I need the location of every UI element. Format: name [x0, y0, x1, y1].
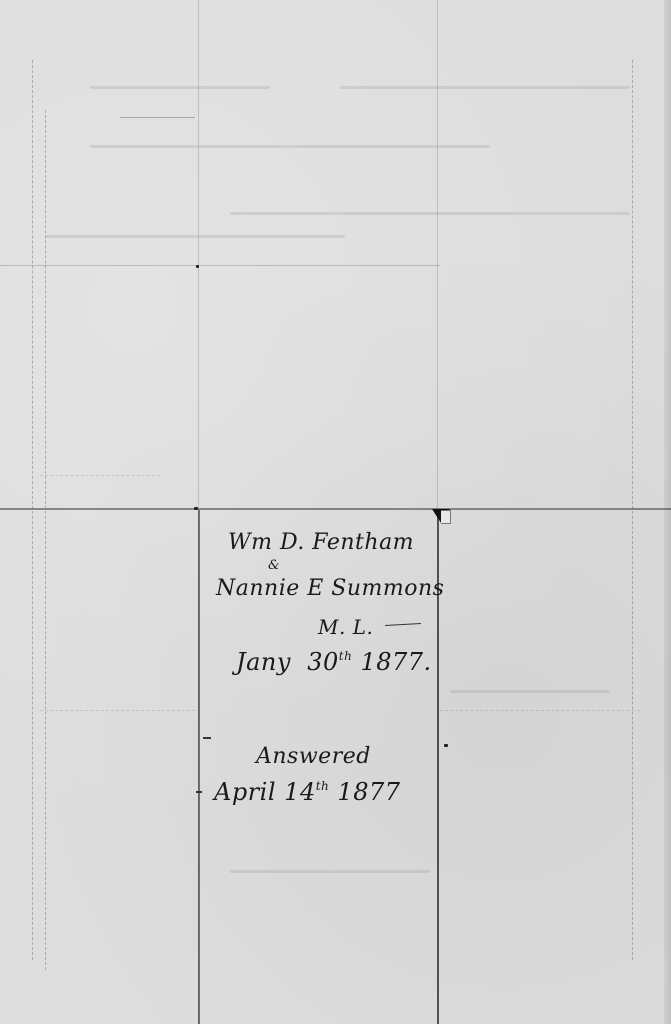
- flourish-dash: [385, 623, 421, 626]
- docket-connector: &: [268, 558, 280, 573]
- docket-answered-date: April 14th 1877: [214, 778, 401, 806]
- issue-day: 30: [307, 648, 339, 676]
- ruled-line: [40, 475, 160, 476]
- ruled-margin-line: [632, 60, 633, 960]
- answered-day-suffix: th: [316, 779, 330, 793]
- issue-year: 1877.: [360, 648, 431, 676]
- docket-groom-name: Wm D. Fentham: [228, 530, 414, 555]
- bleed-through-text: [90, 145, 490, 148]
- ruled-line: [40, 710, 195, 711]
- ruled-line: [120, 117, 195, 118]
- docket-bride-name: Nannie E Summons: [216, 576, 444, 601]
- docket-marriage-license-abbrev: M. L.: [318, 615, 373, 639]
- page-edge: [664, 0, 671, 1024]
- ink-speck: [194, 507, 198, 510]
- ink-tick: [203, 737, 211, 739]
- ruled-line: [440, 710, 640, 711]
- answered-year: 1877: [337, 778, 400, 806]
- fold-tab: [441, 510, 451, 524]
- bleed-through-text: [340, 86, 630, 89]
- horizontal-fold-upper: [0, 265, 440, 266]
- ruled-margin-line: [45, 110, 46, 970]
- ruled-margin-line: [32, 60, 33, 960]
- vertical-fold-left-lower: [198, 510, 200, 1024]
- ink-tick: [196, 791, 202, 793]
- answered-month: April: [214, 778, 276, 806]
- bleed-through-text: [230, 212, 630, 215]
- issue-month: Jany: [236, 648, 291, 676]
- horizontal-fold-center: [0, 508, 671, 510]
- bleed-through-text: [90, 86, 270, 89]
- ink-speck: [196, 265, 199, 268]
- answered-day: 14: [284, 778, 316, 806]
- docket-status: Answered: [256, 744, 371, 769]
- bleed-through-text: [230, 870, 430, 873]
- ink-speck: [444, 744, 448, 747]
- bleed-through-text: [45, 235, 345, 238]
- document-page: Wm D. Fentham & Nannie E Summons M. L. J…: [0, 0, 671, 1024]
- bleed-through-text: [450, 690, 610, 693]
- issue-day-suffix: th: [339, 649, 353, 663]
- docket-issue-date: Jany 30th 1877.: [236, 648, 432, 676]
